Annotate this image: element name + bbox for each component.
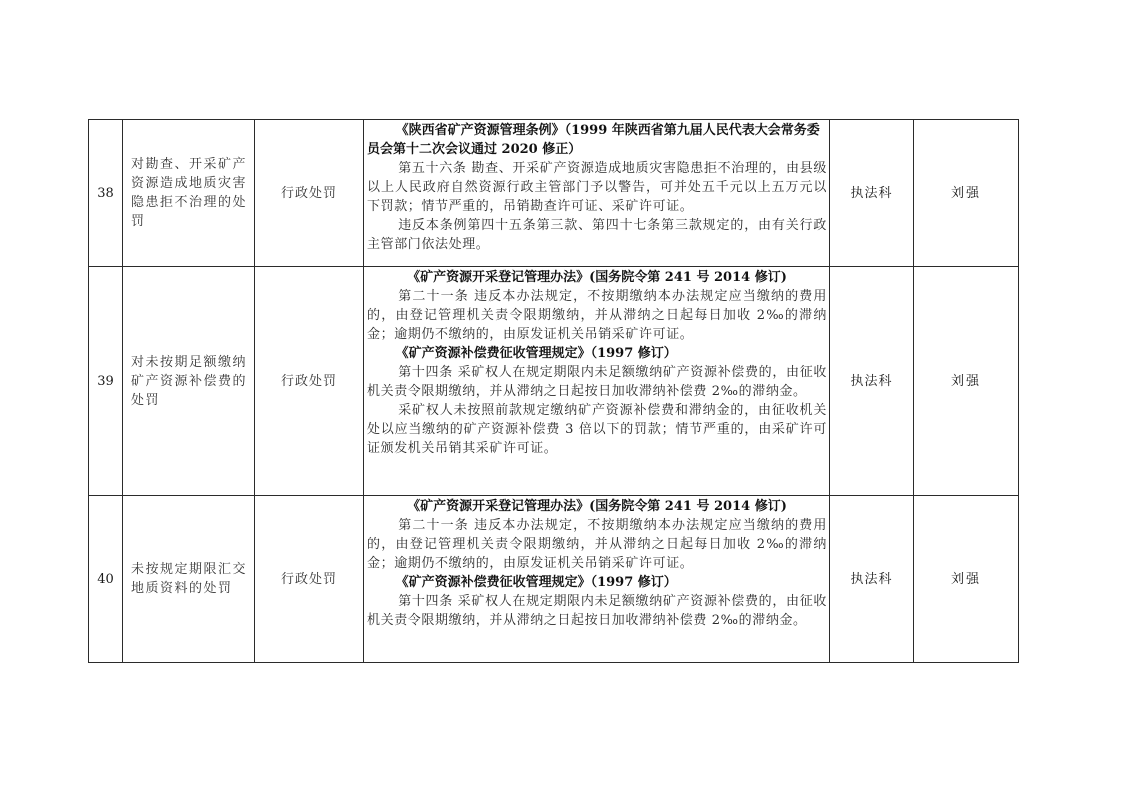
law-title: 《矿产资源开采登记管理办法》(国务院令第 241 号 2014 修订): [367, 497, 827, 516]
law-title: 《矿产资源补偿费征收管理规定》（1997 修订）: [367, 344, 827, 363]
table-row: 38 对勘查、开采矿产资源造成地质灾害隐患拒不治理的处罚 行政处罚 《陕西省矿产…: [89, 120, 1019, 267]
responsible-person: 刘强: [914, 496, 1019, 663]
legal-basis: 《矿产资源开采登记管理办法》(国务院令第 241 号 2014 修订) 第二十一…: [364, 267, 830, 496]
row-number: 39: [89, 267, 123, 496]
responsible-dept: 执法科: [830, 267, 914, 496]
legal-basis: 《陕西省矿产资源管理条例》（1999 年陕西省第九届人民代表大会常务委员会第十二…: [364, 120, 830, 267]
item-name: 对未按期足额缴纳矿产资源补偿费的处罚: [123, 267, 255, 496]
law-title: 《矿产资源补偿费征收管理规定》（1997 修订）: [367, 573, 827, 592]
law-title: 《陕西省矿产资源管理条例》（1999 年陕西省第九届人民代表大会常务委员会第十二…: [367, 121, 827, 159]
responsible-person: 刘强: [914, 267, 1019, 496]
row-number: 40: [89, 496, 123, 663]
law-article: 违反本条例第四十五条第三款、第四十七条第三款规定的，由有关行政主管部门依法处理。: [367, 216, 827, 254]
table-row: 40 未按规定期限汇交地质资料的处罚 行政处罚 《矿产资源开采登记管理办法》(国…: [89, 496, 1019, 663]
law-article: 第十四条 采矿权人在规定期限内未足额缴纳矿产资源补偿费的，由征收机关责令限期缴纳…: [367, 363, 827, 401]
item-type: 行政处罚: [255, 267, 364, 496]
law-article: 第十四条 采矿权人在规定期限内未足额缴纳矿产资源补偿费的，由征收机关责令限期缴纳…: [367, 592, 827, 630]
item-name: 对勘查、开采矿产资源造成地质灾害隐患拒不治理的处罚: [123, 120, 255, 267]
law-article: 第二十一条 违反本办法规定，不按期缴纳本办法规定应当缴纳的费用的，由登记管理机关…: [367, 287, 827, 344]
row-number: 38: [89, 120, 123, 267]
table-row: 39 对未按期足额缴纳矿产资源补偿费的处罚 行政处罚 《矿产资源开采登记管理办法…: [89, 267, 1019, 496]
penalty-table: 38 对勘查、开采矿产资源造成地质灾害隐患拒不治理的处罚 行政处罚 《陕西省矿产…: [88, 119, 1019, 663]
item-name: 未按规定期限汇交地质资料的处罚: [123, 496, 255, 663]
legal-basis: 《矿产资源开采登记管理办法》(国务院令第 241 号 2014 修订) 第二十一…: [364, 496, 830, 663]
law-article: 第二十一条 违反本办法规定，不按期缴纳本办法规定应当缴纳的费用的，由登记管理机关…: [367, 516, 827, 573]
responsible-person: 刘强: [914, 120, 1019, 267]
item-type: 行政处罚: [255, 120, 364, 267]
law-article: 采矿权人未按照前款规定缴纳矿产资源补偿费和滞纳金的，由征收机关处以应当缴纳的矿产…: [367, 401, 827, 458]
law-title: 《矿产资源开采登记管理办法》(国务院令第 241 号 2014 修订): [367, 268, 827, 287]
law-article: 第五十六条 勘查、开采矿产资源造成地质灾害隐患拒不治理的，由县级以上人民政府自然…: [367, 159, 827, 216]
item-type: 行政处罚: [255, 496, 364, 663]
responsible-dept: 执法科: [830, 496, 914, 663]
responsible-dept: 执法科: [830, 120, 914, 267]
